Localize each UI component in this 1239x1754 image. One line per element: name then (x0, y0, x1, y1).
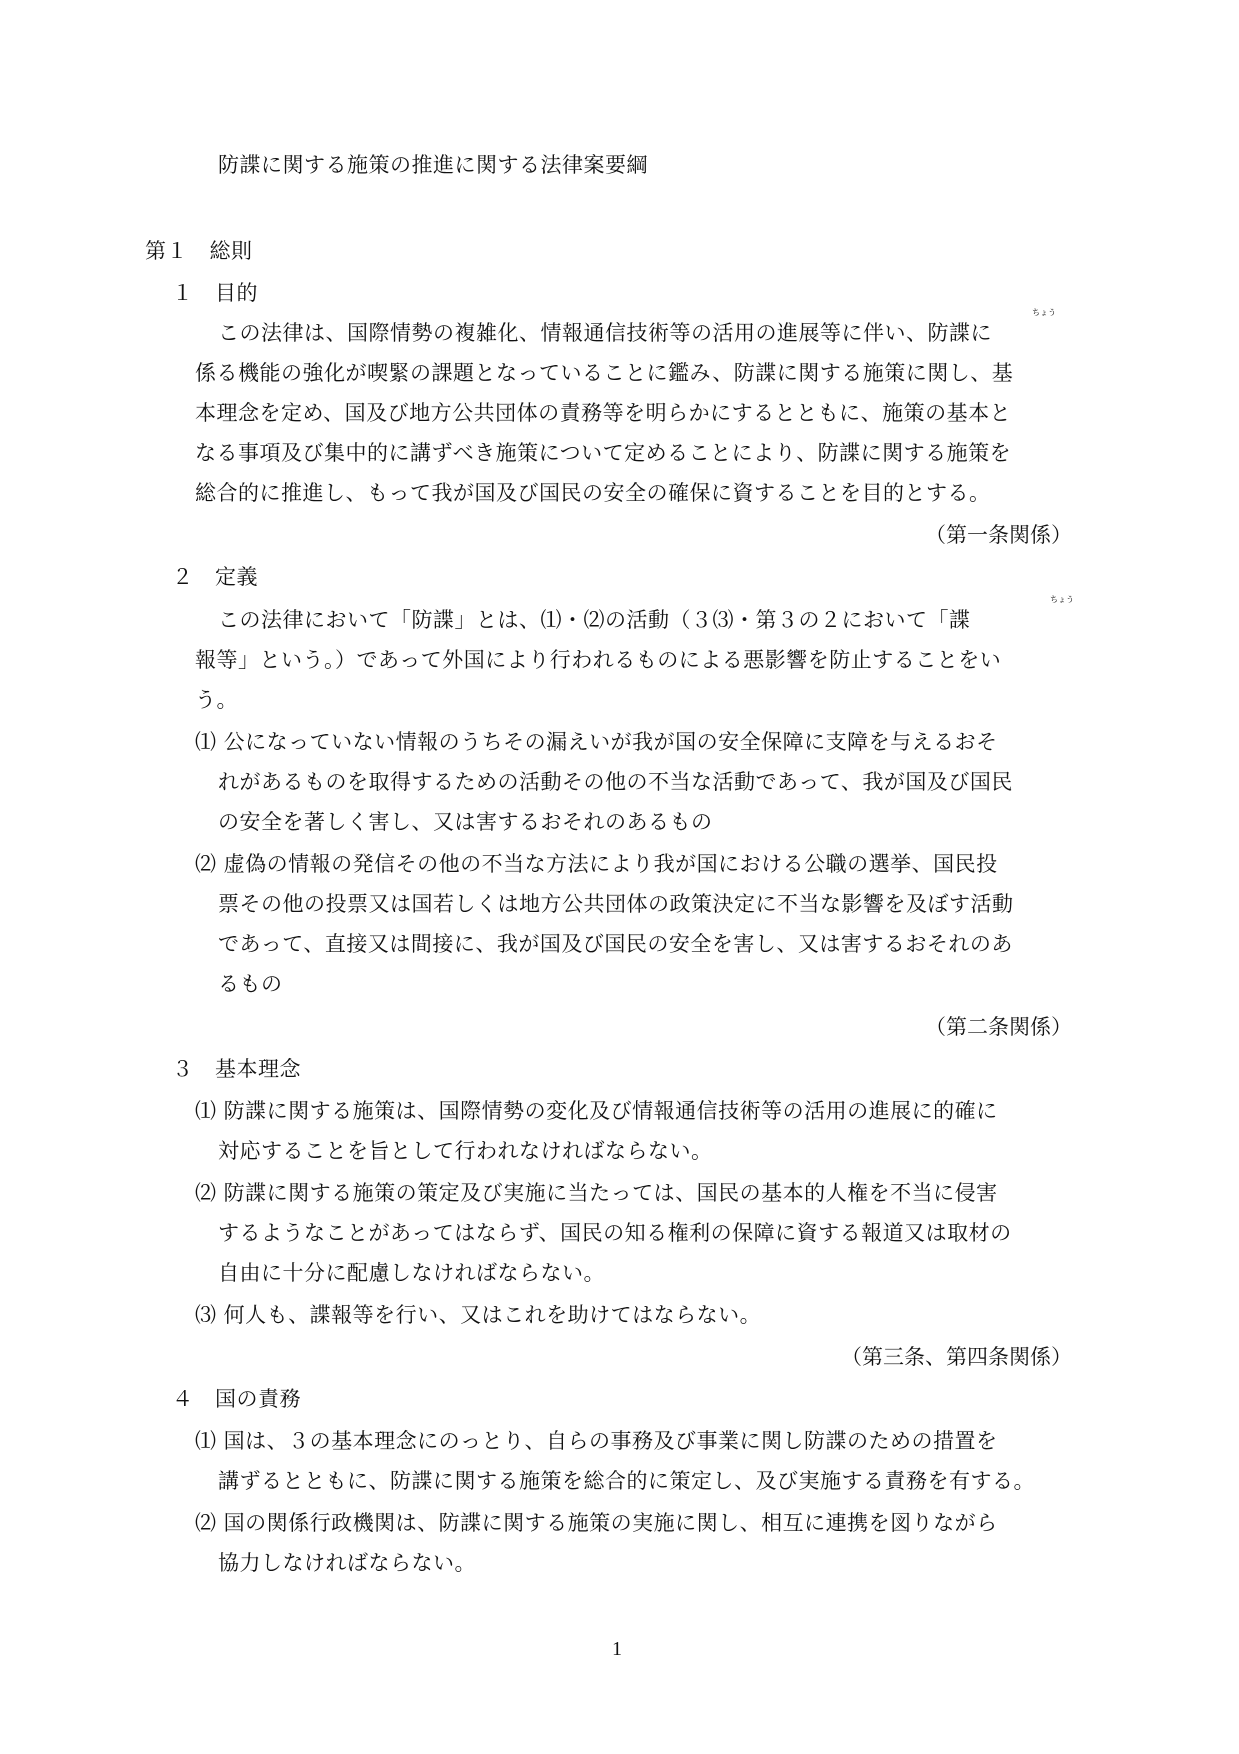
list-item: ⑴ 防諜に関する施策は、国際情勢の変化及び情報通信技術等の活用の進展に的確に (195, 1096, 998, 1126)
list-item: ⑴ 公になっていない情報のうちその漏えいが我が国の安全保障に支障を与えるおそ (195, 727, 998, 757)
chapter-heading: 第１ 総則 (145, 236, 253, 266)
article-reference: （第二条関係） (925, 1012, 1072, 1042)
section-heading-state-duties: ４ 国の責務 (172, 1384, 301, 1414)
paragraph-line: この法律において「防諜」とは、⑴・⑵の活動（３⑶・第３の２において「諜 (218, 605, 971, 635)
paragraph-line: この法律は、国際情勢の複雑化、情報通信技術等の活用の進展等に伴い、防諜に (218, 318, 992, 348)
list-item: ⑵ 国の関係行政機関は、防諜に関する施策の実施に関し、相互に連携を図りながら (195, 1508, 998, 1538)
list-item-continuation: 対応することを旨として行われなければならない。 (218, 1136, 713, 1166)
list-item-continuation: るもの (218, 969, 283, 999)
list-item-continuation: 協力しなければならない。 (218, 1548, 476, 1578)
article-reference: （第一条関係） (925, 520, 1072, 550)
paragraph-line: 本理念を定め、国及び地方公共団体の責務等を明らかにするとともに、施策の基本と (195, 398, 1011, 428)
list-item-continuation: 票その他の投票又は国若しくは地方公共団体の政策決定に不当な影響を及ぼす活動 (218, 889, 1014, 919)
list-item: ⑴ 国は、３の基本理念にのっとり、自らの事務及び事業に関し防諜のための措置を (195, 1426, 997, 1456)
list-item-continuation: 自由に十分に配慮しなければならない。 (218, 1258, 605, 1288)
list-item-continuation: であって、直接又は間接に、我が国及び国民の安全を害し、又は害するおそれのあ (218, 929, 1013, 959)
article-reference: （第三条、第四条関係） (841, 1342, 1072, 1372)
paragraph-line: 係る機能の強化が喫緊の課題となっていることに鑑み、防諜に関する施策に関し、基 (195, 358, 1013, 388)
ruby-annotation: ちょう (1032, 308, 1056, 318)
list-item: ⑶ 何人も、諜報等を行い、又はこれを助けてはならない。 (195, 1300, 761, 1330)
section-heading-definition: ２ 定義 (172, 562, 258, 592)
section-heading-basic-principles: ３ 基本理念 (172, 1054, 301, 1084)
ruby-annotation: ちょう (1050, 595, 1074, 605)
list-item-continuation: の安全を著しく害し、又は害するおそれのあるもの (218, 807, 713, 837)
section-heading-purpose: １ 目的 (172, 278, 258, 308)
list-item-continuation: 講ずるとともに、防諜に関する施策を総合的に策定し、及び実施する責務を有する。 (218, 1466, 1035, 1496)
page-number: 1 (612, 1638, 622, 1661)
list-item: ⑵ 虚偽の情報の発信その他の不当な方法により我が国における公職の選挙、国民投 (195, 849, 998, 879)
paragraph-line: 総合的に推進し、もって我が国及び国民の安全の確保に資することを目的とする。 (195, 478, 991, 508)
document-title: 防諜に関する施策の推進に関する法律案要綱 (218, 150, 648, 180)
paragraph-line: なる事項及び集中的に講ずべき施策について定めることにより、防諜に関する施策を (195, 438, 1011, 468)
paragraph-line: 報等」という。）であって外国により行われるものによる悪影響を防止することをい (195, 645, 1001, 675)
paragraph-line: う。 (195, 685, 238, 715)
list-item-continuation: するようなことがあってはならず、国民の知る権利の保障に資する報道又は取材の (218, 1218, 1012, 1248)
list-item-continuation: れがあるものを取得するための活動その他の不当な活動であって、我が国及び国民 (218, 767, 1013, 797)
list-item: ⑵ 防諜に関する施策の策定及び実施に当たっては、国民の基本的人権を不当に侵害 (195, 1178, 998, 1208)
